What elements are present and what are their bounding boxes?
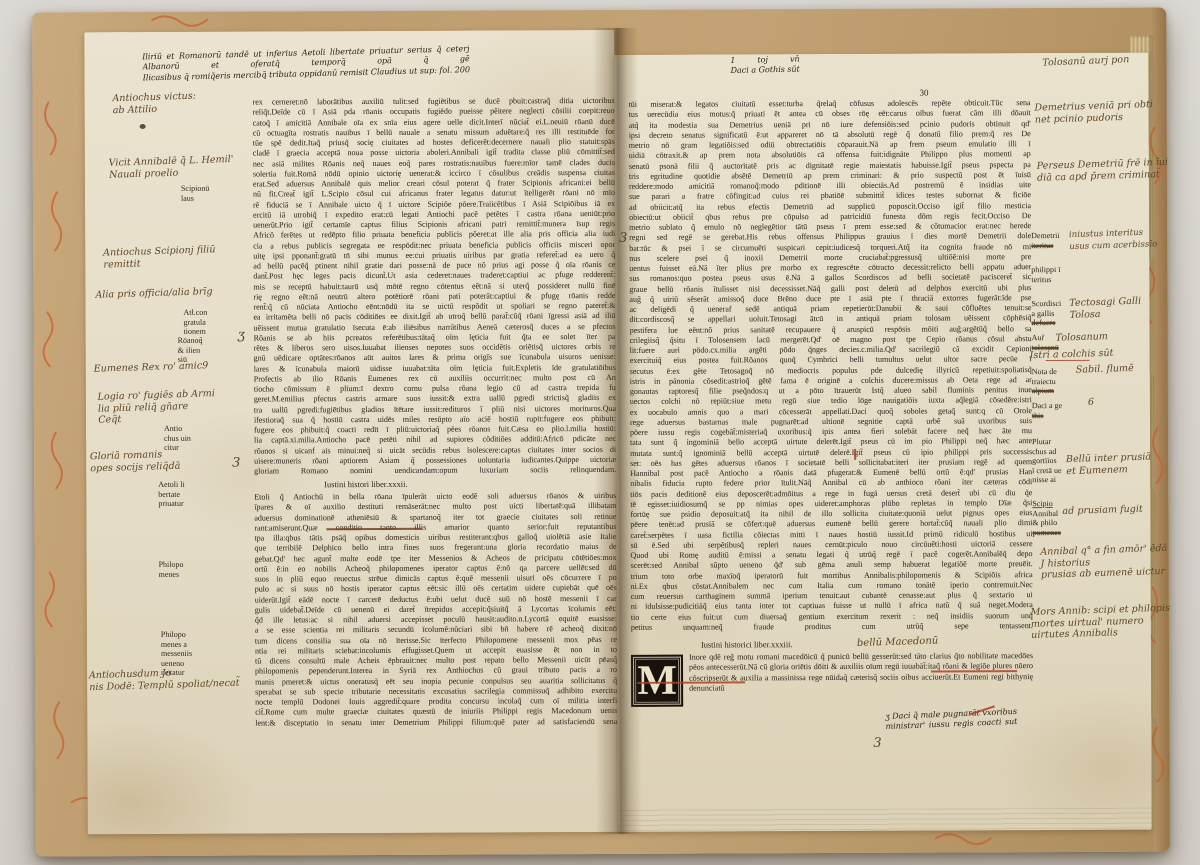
left-body-text-book-32: Etoli q̃ Antiochū in bella rōana īpulerā… — [254, 491, 617, 728]
book-33-opening-text: Inore qdē reg̃ motu romani macedōicū q̃ … — [689, 651, 1033, 693]
handwritten-margin-note: Annibal q° a fin amōr' ēdāJ historiuspru… — [1040, 543, 1168, 581]
left-body-text-book-31: rex cerneret:nō laborātibus auxiliū tuli… — [253, 96, 617, 477]
printed-margin-note: Philopomenes — [159, 560, 184, 579]
text-line: gloriam Romano nomini uendicandam:opum l… — [254, 465, 616, 477]
handwritten-header-note-right: Tolosanū aurj pon — [1042, 53, 1129, 70]
text-line: petitus unquam:neq̃ fraude proditus cum … — [631, 621, 1033, 633]
handwritten-margin-note: Tectosagi GalliTolosa — [1069, 296, 1141, 321]
handwritten-margin-note: Logia ro' fugiēs ab Armilia pliū reliq̃ … — [97, 388, 215, 426]
handwritten-margin-note: Perseus Demetriū frē in īuidiā ca apd p̄… — [1037, 157, 1169, 184]
handwritten-header-note: Iliriū et Romanorū tandē ut inferius Aet… — [142, 43, 470, 82]
handwritten-margin-note: Demetrius veniā pri obtinet pcinio pudor… — [1034, 99, 1153, 126]
handwritten-margin-note: Vicit Annibalē q̃ L. Hemil'Nauali proeli… — [109, 154, 234, 181]
handwritten-margin-note: Tolosanum — [1055, 331, 1108, 344]
handwritten-margin-note: Mors Annib: scipi et philopismortes uirt… — [1030, 603, 1171, 642]
left-margin-notes: Antiochus victus:ab AttilioVicit Annibal… — [84, 30, 614, 32]
handwritten-margin-note: Gloriā romanisopes socijs reliq̃dā — [90, 449, 181, 475]
handwritten-footer-note: ʒ Daci q̃ male pugnarāt vxoribusministra… — [885, 706, 1018, 732]
handwritten-mark: 3 — [619, 231, 627, 246]
printed-margin-note: Scordiscia gallisdefuere — [1031, 299, 1061, 328]
printed-margin-note: Nota detraiectualpium — [1032, 367, 1057, 396]
printed-margin-note: philippi īteritus — [1031, 265, 1060, 284]
handwritten-margin-note: Antiochusdum Jonis Dodē: Templū spoliat/… — [89, 666, 240, 694]
book-32-heading: Iustini histori liber.xxxii. — [254, 478, 616, 491]
right-page: 30 1 toj vn̄Daci a Gothis sūt Tolosanū a… — [614, 53, 1151, 832]
right-body-text-book-32: tūi miserat:& legatos ciuitatū esset:tur… — [629, 98, 1033, 633]
right-body-text-book-33: MInore qdē reg̃ motu romani macedōicū q̃… — [631, 651, 1033, 707]
folio-number: 30 — [920, 88, 929, 98]
book-33-heading: Iustini historici liber.xxxiii. — [631, 638, 1033, 651]
handwritten-margin-note: iniustus interitususus cum acerbissīo — [1069, 227, 1158, 253]
handwritten-margin-note: Bellū inter prusiāet Eumenem — [1066, 451, 1152, 477]
printed-margin-note: Aetoli libertatepriuatur — [158, 480, 185, 509]
printed-margin-note: Scipionūlaus — [181, 184, 210, 203]
handwritten-mark: 3 — [873, 736, 881, 751]
printed-margin-note: ScipioAnnibal& philopomenes — [1032, 499, 1061, 537]
printed-margin-note: Daci a gethis — [1032, 401, 1062, 420]
red-ink-underline — [854, 449, 856, 460]
ink-spot — [140, 124, 146, 129]
handwritten-margin-note: Sabil. flumē — [1076, 363, 1134, 376]
text-line: lent:& disceptatio in senatu inter Demet… — [255, 716, 617, 728]
handwritten-mark: 3 — [232, 456, 240, 471]
handwritten-margin-note: Antiochus victus:ab Attilio — [112, 91, 196, 117]
handwritten-margin-note: ad prusiam fugit — [1062, 504, 1143, 518]
text-line: Daci a Gothis sūt — [730, 64, 800, 76]
printed-margin-note: Atł.congratulationem — [183, 308, 207, 337]
printed-margin-note: Plutarchus adgortīiosī cretā uenisse ai — [1032, 437, 1062, 485]
handwritten-margin-note: 6 — [1088, 397, 1094, 409]
handwritten-margin-note: Alia pris officia/alia brīg — [95, 286, 212, 301]
book-photograph: { "book": { "title_context": "Iustini hi… — [0, 0, 1200, 865]
handwritten-margin-note: Eumenes Rex ro' amic9 — [94, 360, 209, 375]
open-book: Iliriū et Romanorū tandē ut inferius Aet… — [32, 8, 1170, 857]
printed-margin-note: Demetriiiteritus — [1031, 231, 1060, 250]
handwritten-margin-note: Antiochus Scipionj filiūremittit — [103, 244, 216, 270]
handwritten-header-note-left: 1 toj vn̄Daci a Gothis sūt — [730, 54, 800, 76]
left-page: Iliriū et Romanorū tandē ut inferius Aet… — [84, 30, 617, 834]
red-ink-underline — [1046, 360, 1090, 361]
handwritten-mark: ʒ — [238, 328, 245, 343]
